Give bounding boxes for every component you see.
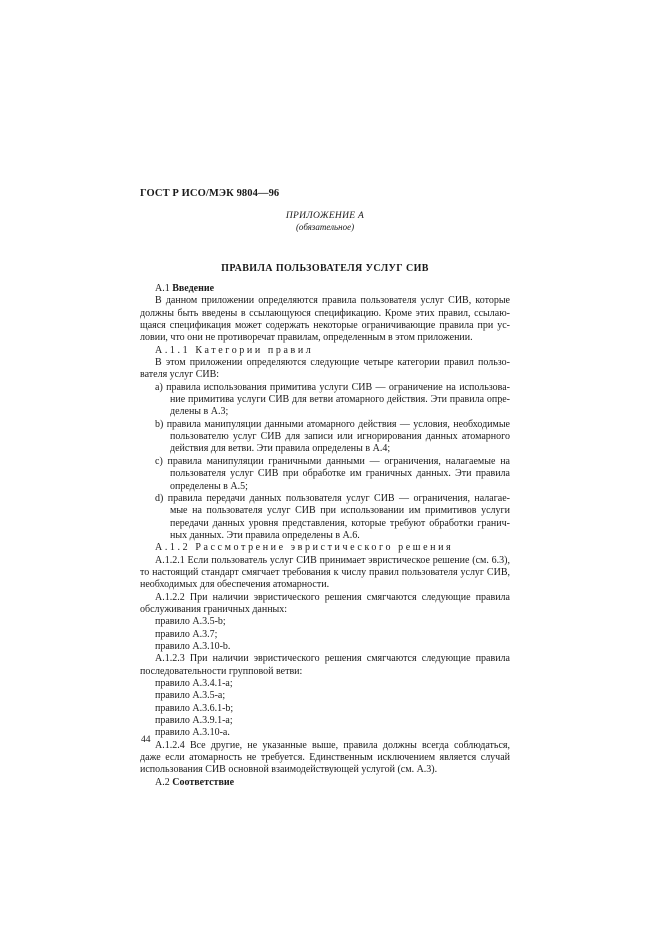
rule-item: правило А.3.5-a; [140, 690, 510, 702]
section-title: Соответствие [172, 777, 234, 788]
paragraph-line: В этом приложении определяются следующие… [140, 357, 510, 369]
paragraph-line: то настоящий стандарт смягчает требовани… [140, 567, 510, 579]
list-item-b: b) правила манипуляции данными атомарног… [140, 419, 510, 431]
clause-a1-2-1: A.1.2.1 Если пользователь услуг СИВ прин… [140, 555, 510, 567]
document-body: A.1 Введение В данном приложении определ… [140, 283, 510, 789]
clause-a1-2-3: A.1.2.3 При наличии эвристического решен… [140, 653, 510, 665]
rule-item: правило А.3.10-b. [140, 641, 510, 653]
document-page: ГОСТ Р ИСО/МЭК 9804—96 ПРИЛОЖЕНИЕ А (обя… [0, 0, 661, 935]
paragraph-line: использования СИВ основной взаимодейству… [140, 764, 510, 776]
main-heading: ПРАВИЛА ПОЛЬЗОВАТЕЛЯ УСЛУГ СИВ [150, 263, 500, 274]
list-item-d-cont: мые на пользователя услуг СИВ при исполь… [140, 505, 510, 517]
standard-header: ГОСТ Р ИСО/МЭК 9804—96 [140, 188, 279, 199]
section-heading-a2: A.2 Соответствие [140, 777, 510, 789]
paragraph-line: щаяся спецификация может содержать некот… [140, 320, 510, 332]
paragraph-line: даже если атомарность не требуется. Един… [140, 752, 510, 764]
rule-item: правило А.3.5-b; [140, 616, 510, 628]
list-item-d-cont: передачи данных уровня представления, ко… [140, 518, 510, 530]
list-item-a: a) правила использования примитива услуг… [140, 382, 510, 394]
paragraph-line: необходимых для обеспечения атомарности. [140, 579, 510, 591]
rule-item: правило А.3.6.1-b; [140, 703, 510, 715]
list-item-a-cont: делены в А.3; [140, 406, 510, 418]
list-item-b-cont: действия для ветви. Эти правила определе… [140, 443, 510, 455]
paragraph-line: вателя услуг СИВ: [140, 369, 510, 381]
appendix-status: (обязательное) [200, 222, 450, 232]
rule-item: правило А.3.7; [140, 629, 510, 641]
paragraph-line: обслуживания граничных данных: [140, 604, 510, 616]
page-number: 44 [141, 735, 151, 745]
section-heading-a1: A.1 Введение [140, 283, 510, 295]
list-item-c-cont: пользователя услуг СИВ при обработке им … [140, 468, 510, 480]
paragraph-line: В данном приложении определяются правила… [140, 295, 510, 307]
list-item-d: d) правила передачи данных пользователя … [140, 493, 510, 505]
rule-item: правило А.3.9.1-a; [140, 715, 510, 727]
scan-speck [501, 402, 502, 403]
section-heading-a1-2: A.1.2 Рассмотрение эвристического решени… [140, 542, 510, 554]
section-number: A.1 [155, 283, 172, 294]
rule-item: правило А.3.4.1-a; [140, 678, 510, 690]
list-item-d-cont: ных данных. Эти правила определены в А.6… [140, 530, 510, 542]
paragraph-line: ловии, что они не противоречат правилам,… [140, 332, 510, 344]
section-number: A.2 [155, 777, 172, 788]
paragraph-line: последовательности групповой ветви: [140, 666, 510, 678]
section-title: Введение [172, 283, 214, 294]
clause-a1-2-2: A.1.2.2 При наличии эвристического решен… [140, 592, 510, 604]
list-item-c-cont: определены в А.5; [140, 481, 510, 493]
list-item-b-cont: пользователю услуг СИВ для записи или иг… [140, 431, 510, 443]
rule-item: правило А.3.10-a. [140, 727, 510, 739]
section-heading-a1-1: A.1.1 Категории правил [140, 345, 510, 357]
list-item-c: c) правила манипуляции граничными данным… [140, 456, 510, 468]
list-item-a-cont: ние примитива услуги СИВ для ветви атома… [140, 394, 510, 406]
paragraph-line: должны быть введены в ссылающуюся специф… [140, 308, 510, 320]
clause-a1-2-4: A.1.2.4 Все другие, не указанные выше, п… [140, 740, 510, 752]
appendix-title: ПРИЛОЖЕНИЕ А [200, 211, 450, 221]
